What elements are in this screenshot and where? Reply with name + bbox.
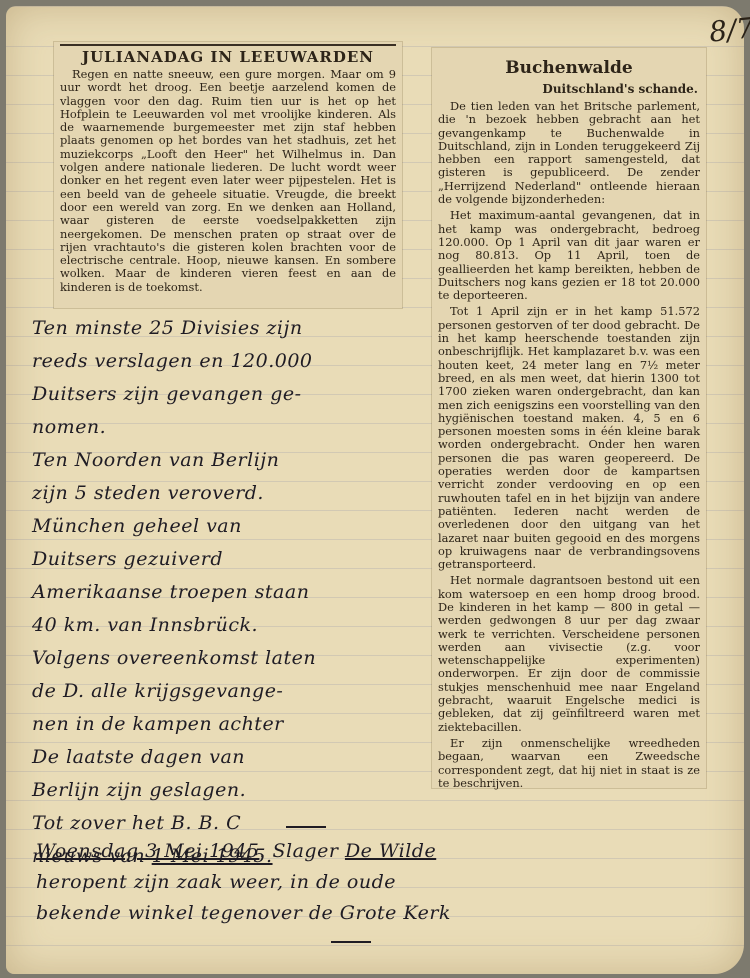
clipping-paragraph: Er zijn onmenschelijke wreedheden begaan… — [438, 737, 700, 790]
newspaper-clipping-buchenwalde: Buchenwalde Duitschland's schande. De ti… — [432, 48, 706, 788]
clipping-paragraph: Het normale dagrantsoen bestond uit een … — [438, 574, 700, 734]
newspaper-clipping-julianadag: JULIANADAG IN LEEUWARDEN Regen en natte … — [54, 42, 402, 308]
separator-dash — [331, 941, 371, 943]
clipping-title: JULIANADAG IN LEEUWARDEN — [60, 44, 396, 66]
handwritten-line: De laatste dagen van — [32, 741, 427, 774]
handwritten-line: zijn 5 steden veroverd. — [32, 477, 427, 510]
page-number: 8/73. — [707, 8, 750, 48]
handwritten-line: Berlijn zijn geslagen. — [32, 774, 427, 807]
separator-dash — [286, 826, 326, 828]
clipping-paragraph: De tien leden van het Britsche parlement… — [438, 100, 700, 206]
handwritten-date: Woensdag 3 Mei 1945 — [36, 840, 259, 862]
handwritten-line: Ten Noorden van Berlijn — [32, 444, 427, 477]
handwritten-line: nen in de kampen achter — [32, 708, 427, 741]
handwritten-line: Ten minste 25 Divisies zijn — [32, 312, 427, 345]
handwritten-line: Woensdag 3 Mei 1945. Slager De Wilde — [36, 836, 726, 867]
handwritten-line: bekende winkel tegenover de Grote Kerk — [36, 898, 726, 929]
notebook-page: 8/73. JULIANADAG IN LEEUWARDEN Regen en … — [6, 6, 744, 974]
handwritten-line: Duitsers gezuiverd — [32, 543, 427, 576]
handwritten-name: De Wilde — [345, 840, 436, 862]
handwritten-line: de D. alle krijgsgevange- — [32, 675, 427, 708]
clipping-body: De tien leden van het Britsche parlement… — [438, 100, 700, 790]
clipping-title: Buchenwalde — [438, 58, 700, 78]
handwritten-line: Volgens overeenkomst laten — [32, 642, 427, 675]
clipping-body: Regen en natte sneeuw, een gure morgen. … — [60, 68, 396, 294]
handwritten-news-entry: Ten minste 25 Divisies zijn reeds versla… — [32, 312, 427, 873]
handwritten-text: . Slager — [259, 840, 345, 862]
handwritten-diary-entry: Woensdag 3 Mei 1945. Slager De Wilde her… — [36, 836, 726, 929]
clipping-paragraph: Tot 1 April zijn er in het kamp 51.572 p… — [438, 305, 700, 571]
handwritten-line: Amerikaanse troepen staan — [32, 576, 427, 609]
handwritten-line: reeds verslagen en 120.000 — [32, 345, 427, 378]
clipping-paragraph: Regen en natte sneeuw, een gure morgen. … — [60, 68, 396, 294]
clipping-subtitle: Duitschland's schande. — [438, 82, 698, 96]
handwritten-line: heropent zijn zaak weer, in de oude — [36, 867, 726, 898]
handwritten-line: nomen. — [32, 411, 427, 444]
handwritten-line: München geheel van — [32, 510, 427, 543]
clipping-paragraph: Het maximum-aantal gevangenen, dat in he… — [438, 209, 700, 302]
handwritten-line: 40 km. van Innsbrück. — [32, 609, 427, 642]
handwritten-line: Duitsers zijn gevangen ge- — [32, 378, 427, 411]
